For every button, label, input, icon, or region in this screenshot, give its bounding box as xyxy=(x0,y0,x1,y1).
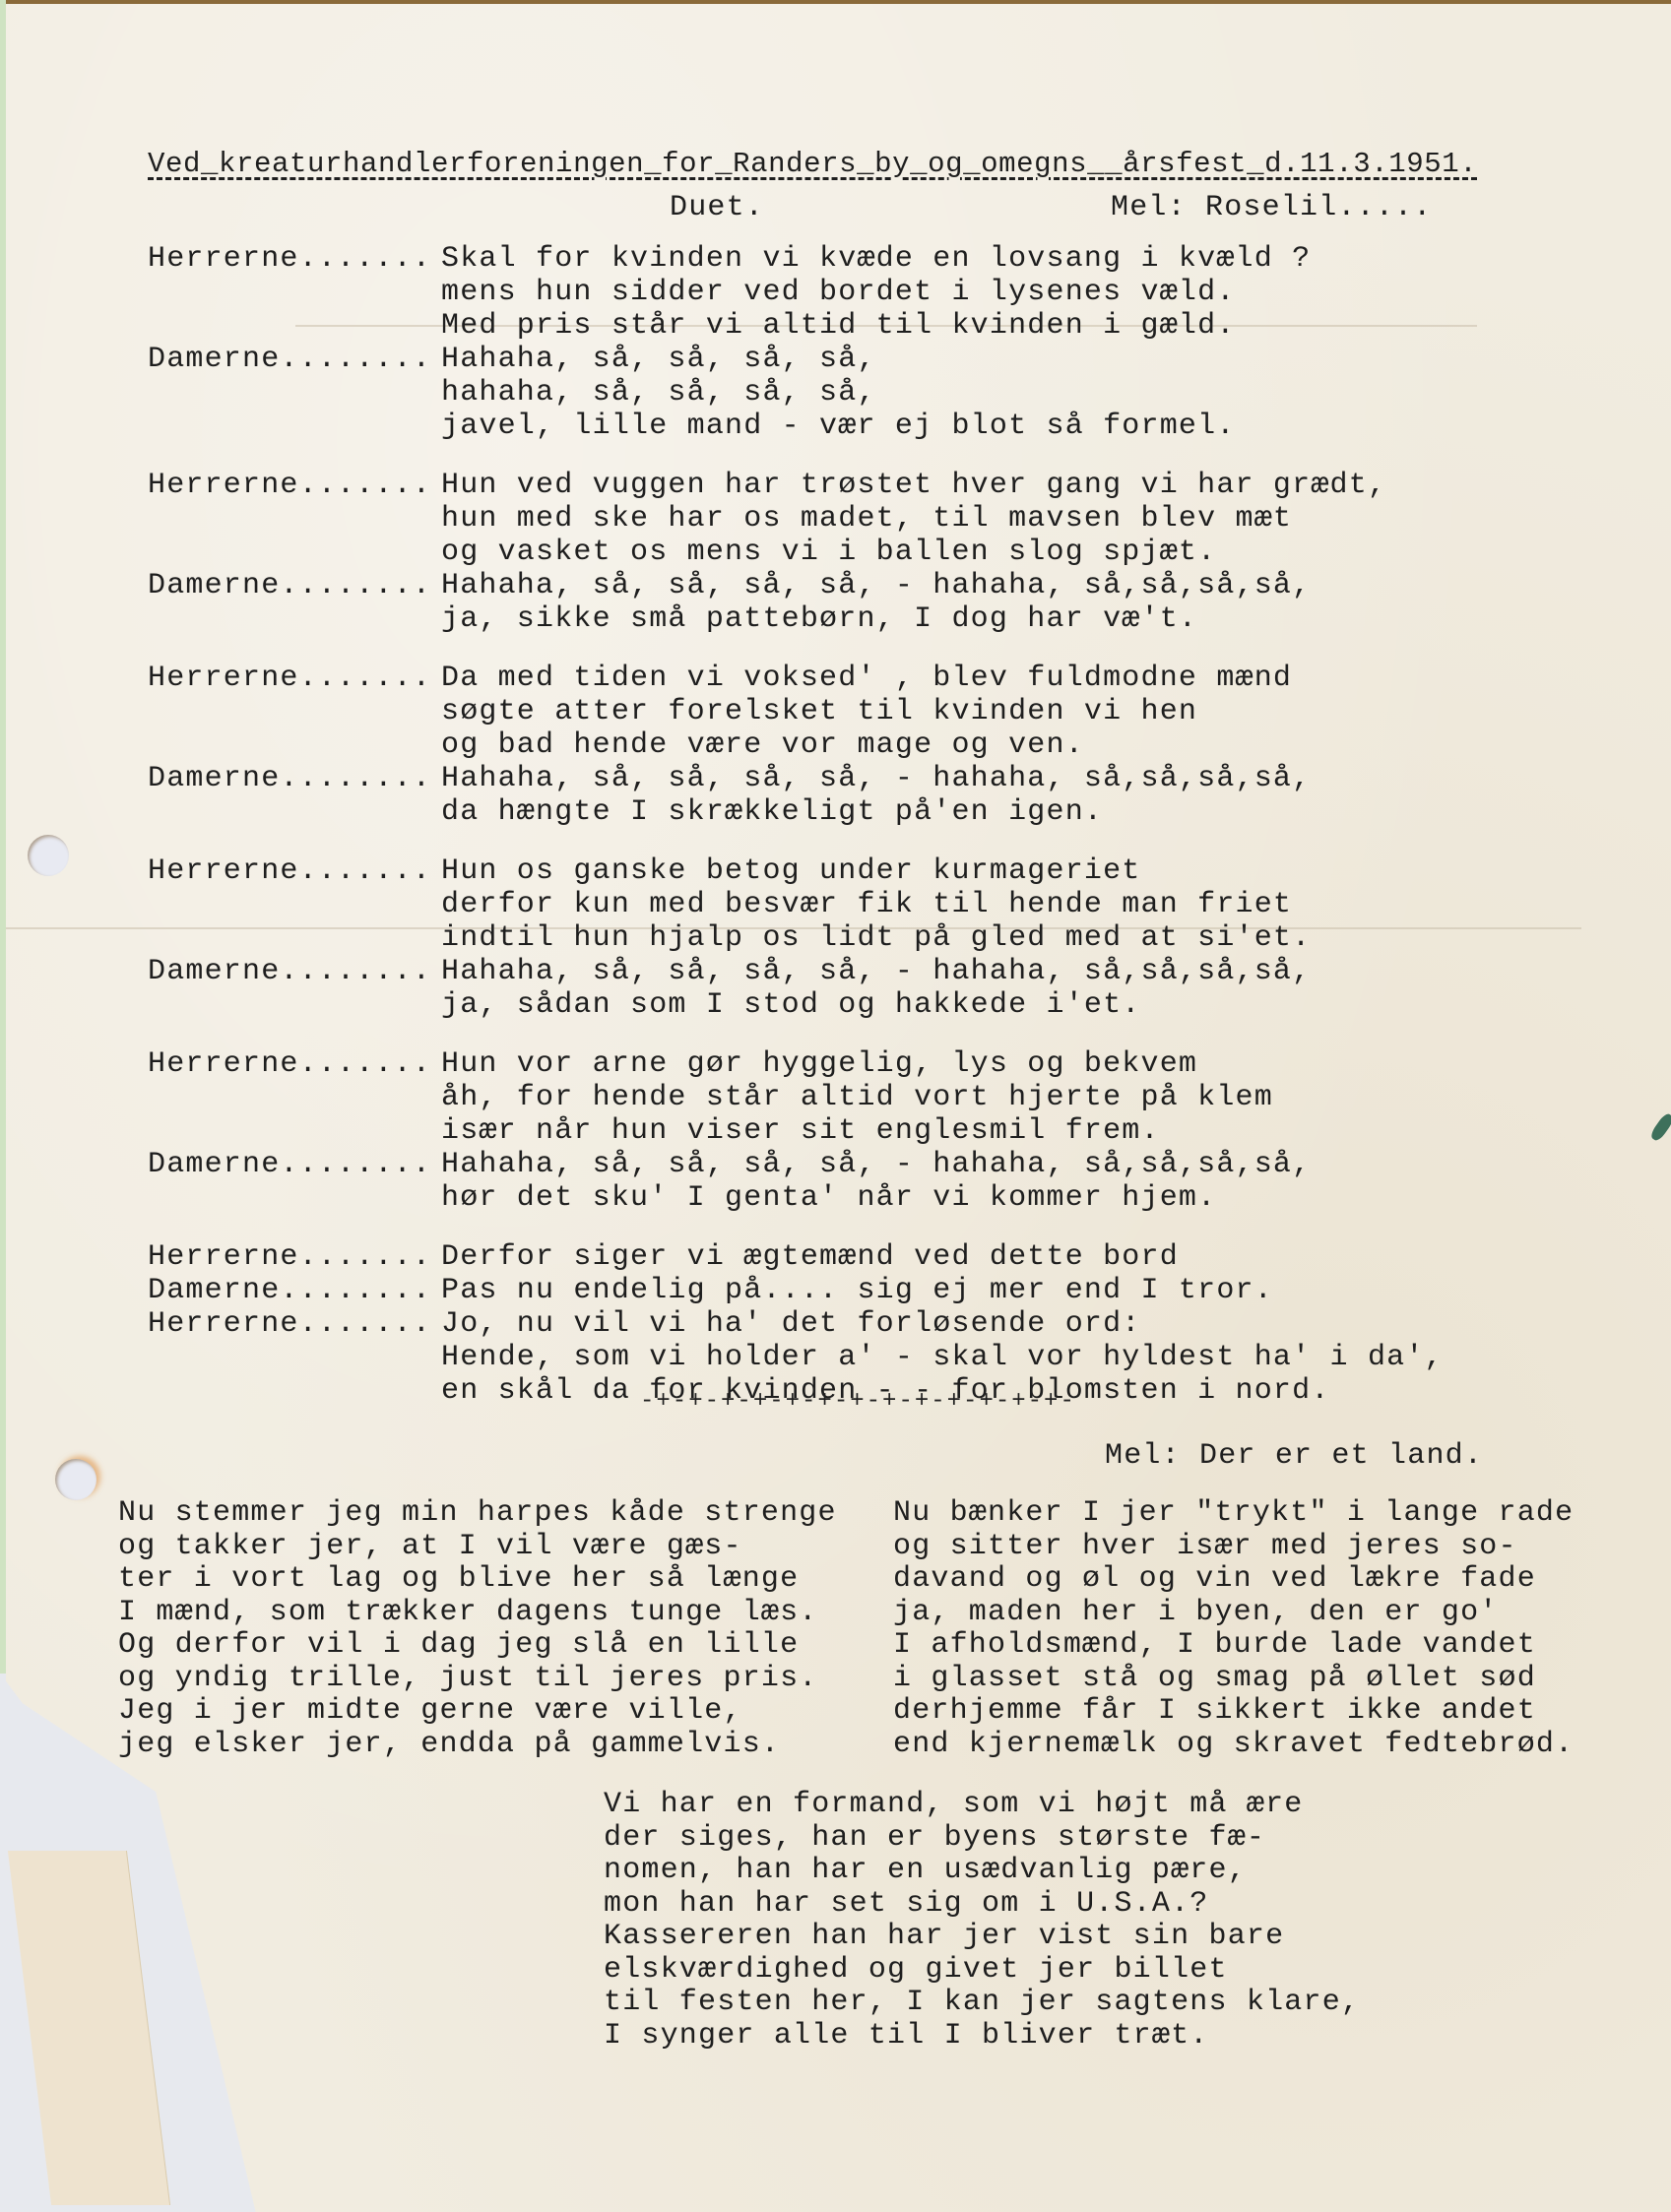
lyric-text: javel, lille mand - vær ej blot så forme… xyxy=(441,410,1236,443)
lyric-text: Hende, som vi holder a' - skal vor hylde… xyxy=(441,1341,1444,1374)
verse-line: derhjemme får I sikkert ikke andet xyxy=(893,1694,1536,1728)
lyric-line: mens hun sidder ved bordet i lysenes væl… xyxy=(148,276,1236,309)
lyric-text: åh, for hende står altid vort hjerte på … xyxy=(441,1081,1273,1114)
speaker-label: Herrerne....... xyxy=(148,242,441,276)
lyric-text: søgte atter forelsket til kvinden vi hen xyxy=(441,695,1197,728)
verse-line: I synger alle til I bliver træt. xyxy=(604,2019,1209,2053)
lyric-text: derfor kun med besvær fik til hende man … xyxy=(441,888,1292,921)
lyric-line: Herrerne.......Da med tiden vi voksed' ,… xyxy=(148,662,1292,695)
song1-label: Duet. xyxy=(670,191,764,224)
song1-melody: Mel: Roselil..... xyxy=(1111,191,1432,224)
verse-line: i glasset stå og smag på øllet sød xyxy=(893,1662,1536,1695)
punch-hole xyxy=(28,835,69,876)
lyric-text: da hængte I skrækkeligt på'en igen. xyxy=(441,795,1103,829)
lyric-line: Herrerne.......Hun os ganske betog under… xyxy=(148,854,1141,888)
verse-line: jeg elsker jer, endda på gammelvis. xyxy=(118,1728,780,1761)
lyric-line: Herrerne.......Jo, nu vil vi ha' det for… xyxy=(148,1307,1141,1341)
speaker-label: Damerne........ xyxy=(148,1148,441,1181)
verse-line: ja, maden her i byen, den er go' xyxy=(893,1596,1499,1629)
lyric-text: hør det sku' I genta' når vi kommer hjem… xyxy=(441,1181,1216,1215)
lyric-line: Herrerne.......Hun ved vuggen har trøste… xyxy=(148,469,1386,502)
song2-melody: Mel: Der er et land. xyxy=(1105,1439,1483,1473)
document-title: Ved_kreaturhandlerforeningen_for_Randers… xyxy=(148,148,1477,180)
lyric-text: Hun vor arne gør hyggelig, lys og bekvem xyxy=(441,1047,1197,1081)
speaker-label: Damerne........ xyxy=(148,569,441,602)
lyric-line: Damerne........Hahaha, så, så, så, så, -… xyxy=(148,1148,1311,1181)
lyric-text: Da med tiden vi voksed' , blev fuldmodne… xyxy=(441,662,1292,695)
lyric-line: Damerne........Hahaha, så, så, så, så, -… xyxy=(148,762,1311,795)
speaker-label: Damerne........ xyxy=(148,762,441,795)
verse-line: til festen her, I kan jer sagtens klare, xyxy=(604,1986,1360,2019)
verse-line: I mænd, som trækker dagens tunge læs. xyxy=(118,1596,818,1629)
speaker-label: Herrerne....... xyxy=(148,662,441,695)
lyric-text: og vasket os mens vi i ballen slog spjæt… xyxy=(441,536,1216,569)
lyric-line: Damerne........Hahaha, så, så, så, så, -… xyxy=(148,955,1311,988)
lyric-line: indtil hun hjalp os lidt på gled med at … xyxy=(148,921,1311,955)
lyric-line: især når hun viser sit englesmil frem. xyxy=(148,1114,1160,1148)
verse-line: Kassereren han har jer vist sin bare xyxy=(604,1920,1284,1953)
speaker-label: Damerne........ xyxy=(148,955,441,988)
lyric-line: ja, sikke små pattebørn, I dog har væ't. xyxy=(148,602,1197,636)
lyric-text: Hun os ganske betog under kurmageriet xyxy=(441,854,1141,888)
lyric-line: hun med ske har os madet, til mavsen ble… xyxy=(148,502,1292,536)
lyric-text: Hahaha, så, så, så, så, - hahaha, så,så,… xyxy=(441,762,1311,795)
lyric-line: hahaha, så, så, så, så, xyxy=(148,376,876,410)
lyric-text: mens hun sidder ved bordet i lysenes væl… xyxy=(441,276,1236,309)
lyric-text: hun med ske har os madet, til mavsen ble… xyxy=(441,502,1292,536)
lyric-text: og bad hende være vor mage og ven. xyxy=(441,728,1084,762)
verse-line: nomen, han har en usædvanlig pære, xyxy=(604,1854,1247,1887)
verse-line: end kjernemælk og skravet fedtebrød. xyxy=(893,1728,1574,1761)
lyric-line: derfor kun med besvær fik til hende man … xyxy=(148,888,1292,921)
speaker-label: Damerne........ xyxy=(148,1274,441,1307)
verse-line: Nu stemmer jeg min harpes kåde strenge xyxy=(118,1496,837,1530)
verse-line: ter i vort lag og blive her så længe xyxy=(118,1562,799,1596)
speaker-label: Herrerne....... xyxy=(148,854,441,888)
lyric-line: Herrerne.......Hun vor arne gør hyggelig… xyxy=(148,1047,1197,1081)
lyric-text: Derfor siger vi ægtemænd ved dette bord xyxy=(441,1240,1179,1274)
lyric-text: hahaha, så, så, så, så, xyxy=(441,376,876,410)
lyric-text: Skal for kvinden vi kvæde en lovsang i k… xyxy=(441,242,1311,276)
speaker-label: Herrerne....... xyxy=(148,1307,441,1341)
paper-top-edge xyxy=(0,0,1671,4)
speaker-label: Damerne........ xyxy=(148,343,441,376)
lyric-text: ja, sådan som I stod og hakkede i'et. xyxy=(441,988,1141,1022)
verse-line: der siges, han er byens største fæ- xyxy=(604,1821,1265,1855)
speaker-label: Herrerne....... xyxy=(148,1047,441,1081)
lyric-line: Herrerne.......Derfor siger vi ægtemænd … xyxy=(148,1240,1179,1274)
verse-line: og takker jer, at I vil være gæs- xyxy=(118,1530,742,1563)
paper-left-edge xyxy=(0,0,6,1674)
verse-line: I afholdsmænd, I burde lade vandet xyxy=(893,1628,1536,1662)
lyric-line: Damerne........Hahaha, så, så, så, så, xyxy=(148,343,876,376)
lyric-text: især når hun viser sit englesmil frem. xyxy=(441,1114,1160,1148)
lyric-line: Herrerne.......Skal for kvinden vi kvæde… xyxy=(148,242,1311,276)
lyric-line: ja, sådan som I stod og hakkede i'et. xyxy=(148,988,1141,1022)
verse-line: Jeg i jer midte gerne være ville, xyxy=(118,1694,742,1728)
lyric-text: ja, sikke små pattebørn, I dog har væ't. xyxy=(441,602,1197,636)
lyric-text: Hahaha, så, så, så, så, - hahaha, så,så,… xyxy=(441,569,1311,602)
lyric-text: Hun ved vuggen har trøstet hver gang vi … xyxy=(441,469,1386,502)
lyric-line: Damerne........Hahaha, så, så, så, så, -… xyxy=(148,569,1311,602)
verse-line: og yndig trille, just til jeres pris. xyxy=(118,1662,818,1695)
verse-line: mon han har set sig om i U.S.A.? xyxy=(604,1887,1209,1921)
lyric-line: Damerne........Pas nu endelig på.... sig… xyxy=(148,1274,1273,1307)
verse-line: Og derfor vil i dag jeg slå en lille xyxy=(118,1628,799,1662)
lyric-line: hør det sku' I genta' når vi kommer hjem… xyxy=(148,1181,1216,1215)
verse-line: Nu bænker I jer "trykt" i lange rade xyxy=(893,1496,1574,1530)
lyric-line: åh, for hende står altid vort hjerte på … xyxy=(148,1081,1273,1114)
verse-line: og sitter hver især med jeres so- xyxy=(893,1530,1517,1563)
verse-line: Vi har en formand, som vi højt må ære xyxy=(604,1788,1304,1821)
verse-line: davand og øl og vin ved lækre fade xyxy=(893,1562,1536,1596)
lyric-line: da hængte I skrækkeligt på'en igen. xyxy=(148,795,1103,829)
lyric-line: javel, lille mand - vær ej blot så forme… xyxy=(148,410,1236,443)
lyric-line: Hende, som vi holder a' - skal vor hylde… xyxy=(148,1341,1444,1374)
verse-line: elskværdighed og givet jer billet xyxy=(604,1953,1228,1987)
lyric-text: Med pris står vi altid til kvinden i gæl… xyxy=(441,309,1236,343)
repair-tape xyxy=(8,1851,170,2205)
lyric-line: Med pris står vi altid til kvinden i gæl… xyxy=(148,309,1236,343)
lyric-text: Pas nu endelig på.... sig ej mer end I t… xyxy=(441,1274,1273,1307)
speaker-label: Herrerne....... xyxy=(148,469,441,502)
speaker-label: Herrerne....... xyxy=(148,1240,441,1274)
lyric-text: Hahaha, så, så, så, så, xyxy=(441,343,876,376)
lyric-line: søgte atter forelsket til kvinden vi hen xyxy=(148,695,1197,728)
lyric-line: og vasket os mens vi i ballen slog spjæt… xyxy=(148,536,1216,569)
lyric-text: Jo, nu vil vi ha' det forløsende ord: xyxy=(441,1307,1141,1341)
punch-hole xyxy=(55,1459,96,1500)
lyric-text: indtil hun hjalp os lidt på gled med at … xyxy=(441,921,1311,955)
lyric-text: Hahaha, så, så, så, så, - hahaha, så,så,… xyxy=(441,1148,1311,1181)
section-divider: -+-+-+-+-+-+-+-+-+-+-+-+-+- xyxy=(640,1388,1076,1415)
lyric-text: Hahaha, så, så, så, så, - hahaha, så,så,… xyxy=(441,955,1311,988)
lyric-line: og bad hende være vor mage og ven. xyxy=(148,728,1084,762)
